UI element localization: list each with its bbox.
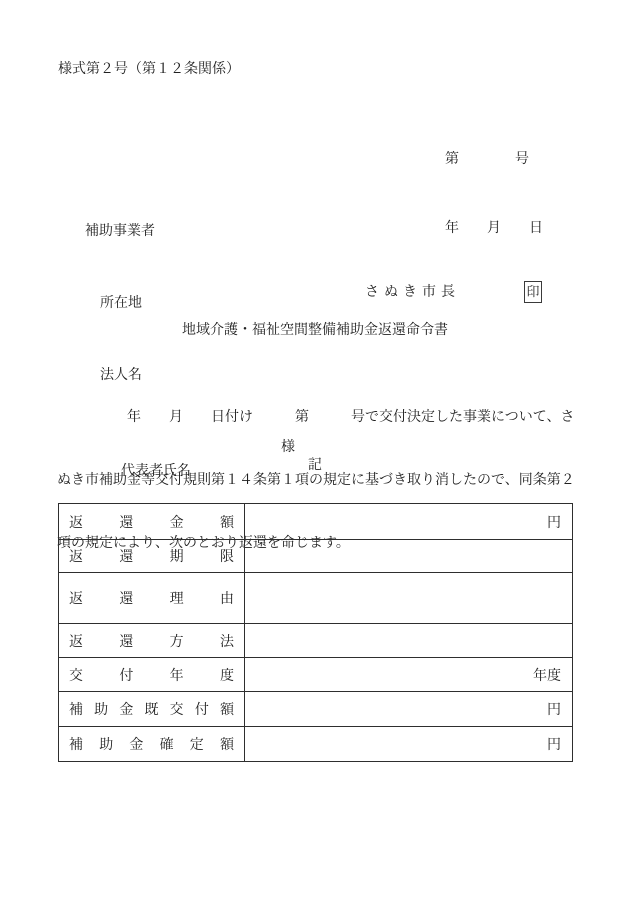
date-line: 年 月 日 [445,217,543,240]
row-value [245,540,573,573]
table-row: 補助金既交付額 円 [59,692,573,727]
table-row: 返還方法 [59,624,573,658]
table-row: 返還金額 円 [59,504,573,540]
body-line: 年 月 日付け 第 号で交付決定した事業について、さ [57,407,577,428]
row-label: 返還金額 [59,504,245,540]
row-label: 返還方法 [59,624,245,658]
document-page: 様式第２号（第１２条関係） 第 号 年 月 日 補助事業者 所在地 法人名 代表… [0,0,630,915]
row-value: 円 [245,727,573,762]
recipient-heading: 補助事業者 [85,220,191,244]
issuer-name: さぬき市長 [365,286,460,300]
doc-number-date-block: 第 号 年 月 日 [445,102,543,286]
form-number: 様式第２号（第１２条関係） [58,63,240,77]
recipient-address-label: 所在地 [85,292,191,316]
seal-stamp: 印 [524,281,542,303]
table-row: 交付年度 年度 [59,658,573,692]
table-row: 返還理由 [59,573,573,624]
row-value: 円 [245,504,573,540]
row-label: 返還理由 [59,573,245,624]
row-label: 交付年度 [59,658,245,692]
return-table: 返還金額 円 返還期限 返還理由 返還方法 交付年度 年度 補助金既交付額 円 [58,503,573,762]
row-value [245,573,573,624]
row-value: 円 [245,692,573,727]
document-title: 地域介護・福祉空間整備補助金返還命令書 [0,324,630,338]
row-value [245,624,573,658]
table-row: 補助金確定額 円 [59,727,573,762]
body-line: ぬき市補助金等交付規則第１４条第１項の規定に基づき取り消したので、同条第２ [57,470,577,491]
row-label: 補助金既交付額 [59,692,245,727]
row-label: 返還期限 [59,540,245,573]
table-row: 返還期限 [59,540,573,573]
row-value: 年度 [245,658,573,692]
doc-number-line: 第 号 [445,148,543,171]
list-marker: 記 [0,459,630,473]
row-label: 補助金確定額 [59,727,245,762]
